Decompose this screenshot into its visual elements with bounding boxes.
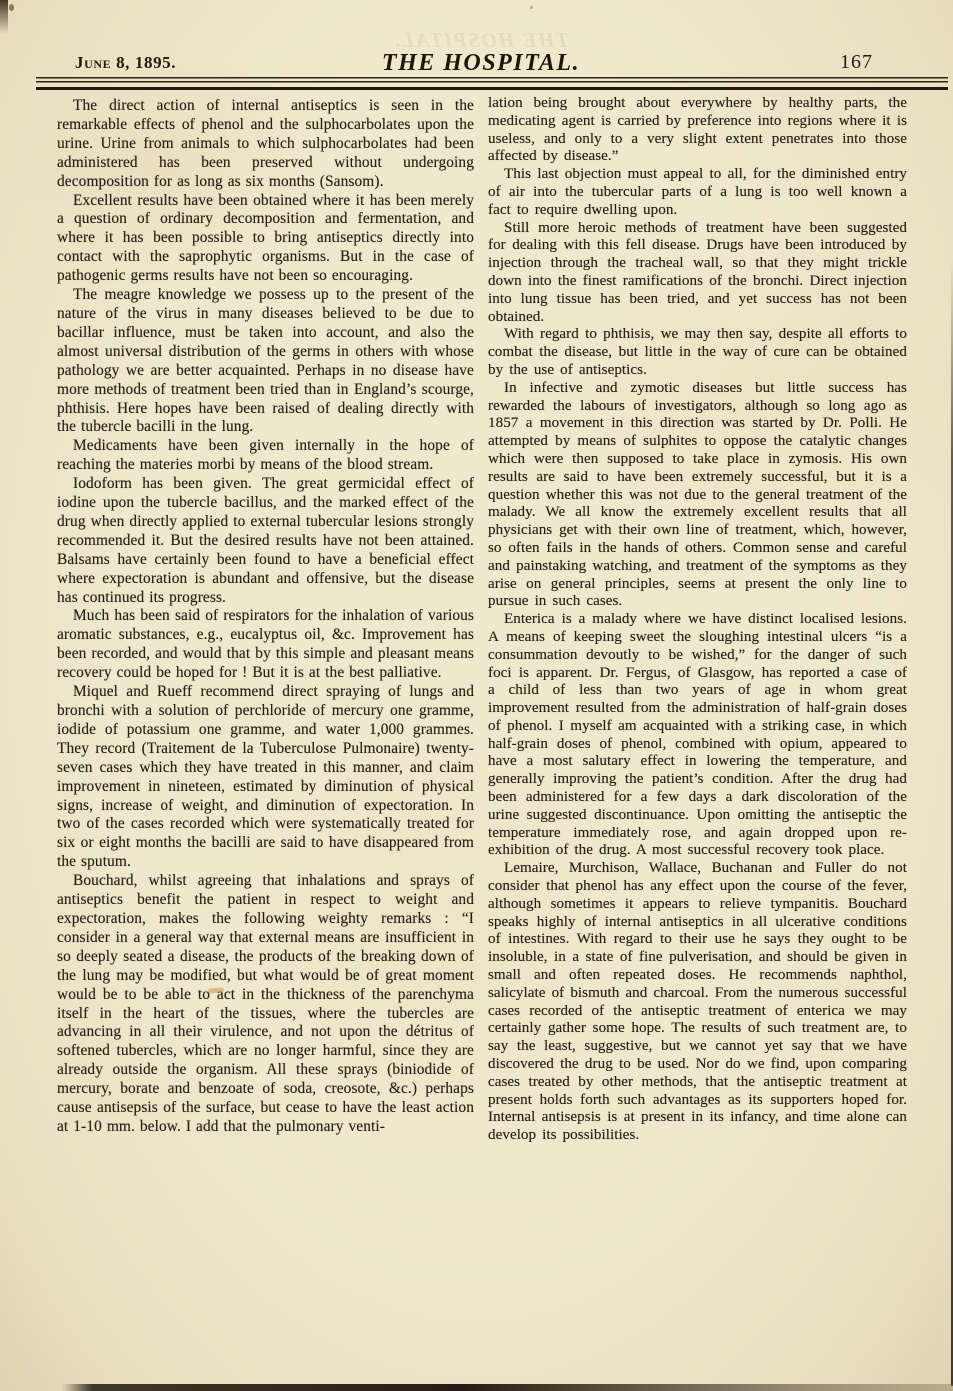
paragraph: Still more heroic methods of treatment h… <box>488 220 907 327</box>
paragraph: Excellent results have been obtained whe… <box>57 192 474 287</box>
scanned-page: THE HOSPITAL. June 8, 1895. THE HOSPITAL… <box>0 0 953 1391</box>
paragraph: Medicaments have been given internally i… <box>57 437 474 475</box>
column-left: The direct action of internal antiseptic… <box>57 97 474 1145</box>
paragraph: The direct action of internal antiseptic… <box>57 97 474 192</box>
paragraph: Iodoform has been given. The great germi… <box>57 475 474 607</box>
header-double-rule <box>36 77 948 90</box>
paragraph: Bouchard, whilst agreeing that inhalatio… <box>57 872 474 1137</box>
paragraph: In infective and zymotic diseases but li… <box>488 380 907 611</box>
paragraph: Lemaire, Murchison, Wallace, Buchanan an… <box>488 860 907 1145</box>
paragraph: With regard to phthisis, we may then say… <box>488 326 907 379</box>
scan-artifact-speck <box>9 4 14 11</box>
page-number: 167 <box>840 51 873 74</box>
paragraph: lation being brought about everywhere by… <box>488 95 907 166</box>
scan-artifact-speck <box>530 6 533 9</box>
paragraph: Much has been said of respirators for th… <box>57 607 474 683</box>
paragraph: The meagre knowledge we possess up to th… <box>57 286 474 437</box>
paragraph: This last objection must appeal to all, … <box>488 166 907 219</box>
masthead: THE HOSPITAL. June 8, 1895. THE HOSPITAL… <box>57 50 905 76</box>
article-body: The direct action of internal antiseptic… <box>57 97 907 1145</box>
scan-artifact-corner <box>0 0 8 38</box>
scan-artifact-bottom-edge <box>62 1384 953 1391</box>
publication-title: THE HOSPITAL. <box>57 50 905 77</box>
column-right: lation being brought about everywhere by… <box>488 95 907 1145</box>
paragraph: Enterica is a malady where we have disti… <box>488 611 907 860</box>
paragraph: Miquel and Rueff recommend direct sprayi… <box>57 683 474 872</box>
